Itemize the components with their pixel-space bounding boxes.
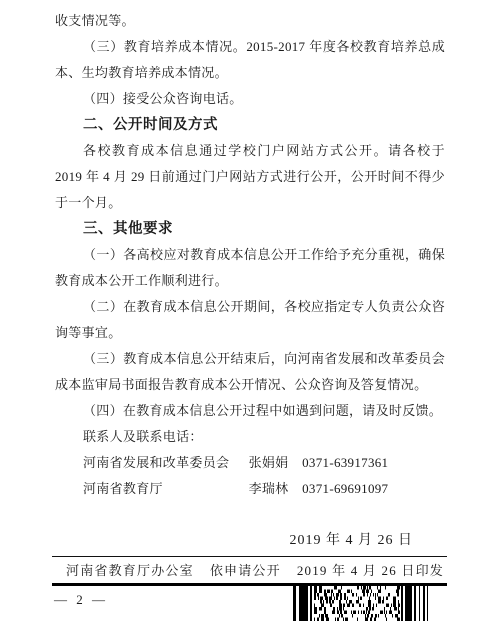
document-body: 收支情况等。 （三）教育培养成本情况。2015-2017 年度各校教育培养总成本… bbox=[55, 8, 445, 554]
barcode bbox=[293, 586, 430, 621]
contact-row-jiaoyuting: 河南省教育厅 李瑞林 0371-69691097 bbox=[55, 476, 445, 502]
paragraph-continuation: 收支情况等。 bbox=[55, 8, 445, 34]
section3-paragraph-2: （二）在教育成本信息公开期间，各校应指定专人负责公众咨询等事宜。 bbox=[55, 294, 445, 346]
contact-row-fagaiwei: 河南省发展和改革委员会 张娟娟 0371-63917361 bbox=[55, 450, 445, 476]
document-page: 收支情况等。 （三）教育培养成本情况。2015-2017 年度各校教育培养总成本… bbox=[0, 0, 499, 638]
section-heading-2: 二、公开时间及方式 bbox=[55, 112, 445, 138]
section2-paragraph: 各校教育成本信息通过学校门户网站方式公开。请各校于 2019 年 4 月 29 … bbox=[55, 138, 445, 216]
section3-paragraph-3: （三）教育成本信息公开结束后，向河南省发展和改革委员会成本监审局书面报告教育成本… bbox=[55, 346, 445, 398]
section3-paragraph-1: （一）各高校应对教育成本信息公开工作给予充分重视，确保教育成本公开工作顺利进行。 bbox=[55, 242, 445, 294]
footer-print-date: 2019 年 4 月 26 日印发 bbox=[297, 559, 444, 583]
contact-person: 张娟娟 bbox=[249, 450, 297, 476]
contact-org: 河南省发展和改革委员会 bbox=[83, 450, 245, 476]
page-number: — 2 — bbox=[54, 592, 108, 608]
section-heading-3: 三、其他要求 bbox=[55, 216, 445, 242]
paragraph-info-item-3: （三）教育培养成本情况。2015-2017 年度各校教育培养总成本、生均教育培养… bbox=[55, 34, 445, 86]
contact-phone: 0371-69691097 bbox=[302, 476, 388, 502]
section3-paragraph-4: （四）在教育成本信息公开过程中如遇到问题，请及时反馈。 bbox=[55, 398, 445, 424]
paragraph-info-item-4: （四）接受公众咨询电话。 bbox=[55, 86, 445, 112]
footer-divider-thin bbox=[52, 556, 447, 557]
contact-intro-line: 联系人及联系电话： bbox=[55, 424, 445, 450]
contact-phone: 0371-63917361 bbox=[302, 450, 388, 476]
footer-imprint-row: 河南省教育厅办公室 依申请公开 2019 年 4 月 26 日印发 bbox=[52, 559, 447, 583]
footer-disclosure-type: 依申请公开 bbox=[210, 559, 281, 583]
footer-office: 河南省教育厅办公室 bbox=[66, 559, 194, 583]
contact-org: 河南省教育厅 bbox=[83, 476, 245, 502]
contact-person: 李瑞林 bbox=[249, 476, 297, 502]
document-date: 2019 年 4 月 26 日 bbox=[55, 528, 445, 554]
